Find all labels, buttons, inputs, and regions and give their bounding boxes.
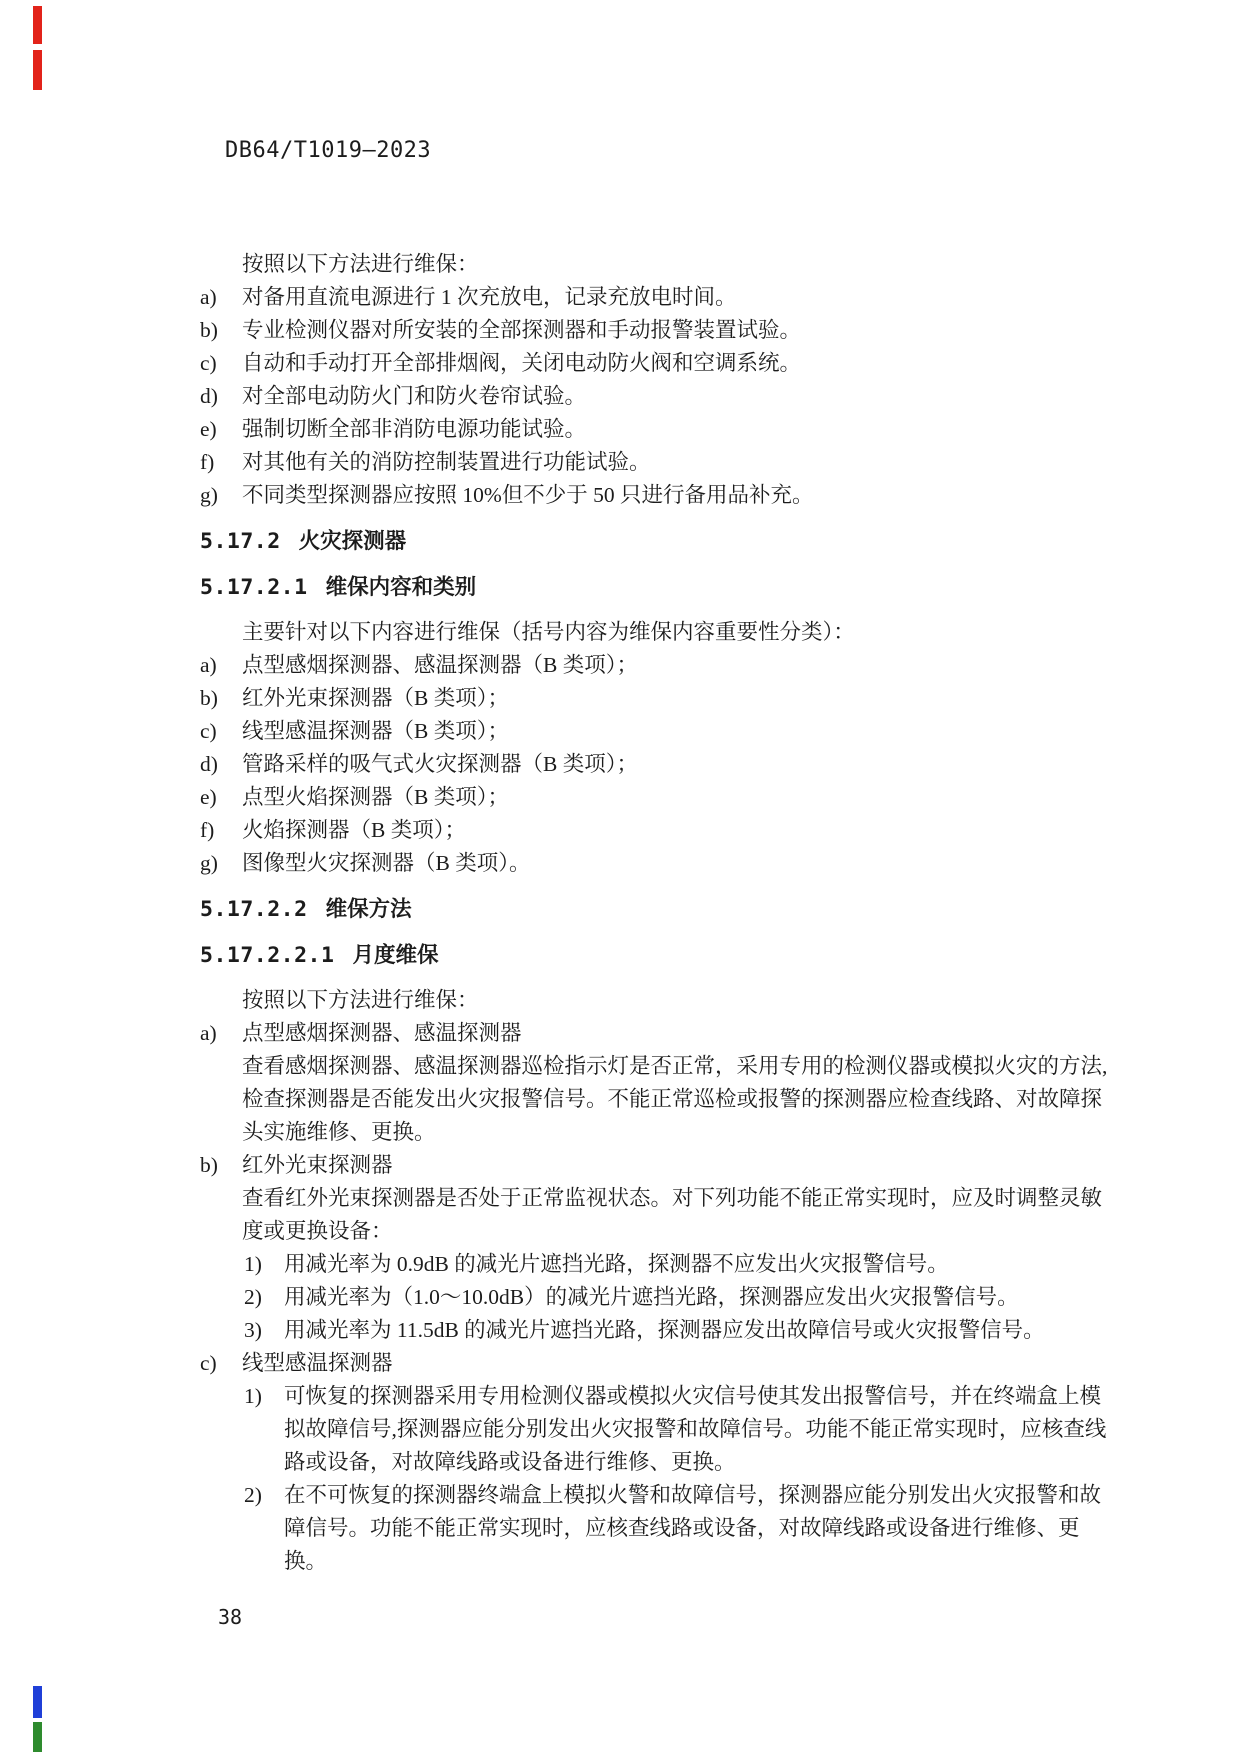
sub-list-item-label: 2) — [244, 1479, 284, 1578]
list-item-label: e) — [200, 781, 242, 814]
heading-number: 5.17.2.2 — [200, 897, 308, 922]
list-item-text: 点型感烟探测器、感温探测器（B 类项）； — [242, 649, 1120, 682]
sub-list-item-text: 用减光率为（1.0～10.0dB）的减光片遮挡光路，探测器应发出火灾报警信号。 — [284, 1281, 1120, 1314]
sub-list-item-label: 1) — [244, 1248, 284, 1281]
document-number-header: DB64/T1019—2023 — [225, 138, 431, 163]
list-item: g) 不同类型探测器应按照 10%但不少于 50 只进行备用品补充。 — [200, 479, 1120, 512]
method-intro-paragraph: 按照以下方法进行维保： — [200, 984, 1120, 1017]
list-item-text: 图像型火灾探测器（B 类项）。 — [242, 847, 1120, 880]
list-item: b) 专业检测仪器对所安装的全部探测器和手动报警装置试验。 — [200, 314, 1120, 347]
heading-number: 5.17.2 — [200, 529, 281, 554]
list-item-text: 管路采样的吸气式火灾探测器（B 类项）； — [242, 748, 1120, 781]
document-page: DB64/T1019—2023 按照以下方法进行维保： a) 对备用直流电源进行… — [0, 0, 1241, 1755]
list-item-detector-c: c) 线型感温探测器 1) 可恢复的探测器采用专用检测仪器或模拟火灾信号使其发出… — [200, 1347, 1120, 1578]
list-item-text: 对全部电动防火门和防火卷帘试验。 — [242, 380, 1120, 413]
list-item: g) 图像型火灾探测器（B 类项）。 — [200, 847, 1120, 880]
sub-list-item: 2) 在不可恢复的探测器终端盒上模拟火警和故障信号，探测器应能分别发出火灾报警和… — [244, 1479, 1120, 1578]
list-item-label: f) — [200, 446, 242, 479]
list-item-label: g) — [200, 847, 242, 880]
list-item-label: d) — [200, 380, 242, 413]
page-number: 38 — [218, 1605, 242, 1629]
list-item: b) 红外光束探测器（B 类项）； — [200, 682, 1120, 715]
sub-list-item-text: 在不可恢复的探测器终端盒上模拟火警和故障信号，探测器应能分别发出火灾报警和故障信… — [284, 1479, 1120, 1578]
list-item-title: 红外光束探测器 — [242, 1153, 393, 1177]
list-item: d) 对全部电动防火门和防火卷帘试验。 — [200, 380, 1120, 413]
sub-list-item-label: 1) — [244, 1380, 284, 1479]
sub-list-item-text: 用减光率为 11.5dB 的减光片遮挡光路，探测器应发出故障信号或火灾报警信号。 — [284, 1314, 1120, 1347]
list-item-label: c) — [200, 1347, 242, 1578]
list-item-label: g) — [200, 479, 242, 512]
sub-list-item-text: 可恢复的探测器采用专用检测仪器或模拟火灾信号使其发出报警信号，并在终端盒上模拟故… — [284, 1380, 1120, 1479]
list-item-body: 线型感温探测器 1) 可恢复的探测器采用专用检测仪器或模拟火灾信号使其发出报警信… — [242, 1347, 1120, 1578]
list-item: f) 对其他有关的消防控制装置进行功能试验。 — [200, 446, 1120, 479]
list-item-text: 红外光束探测器（B 类项）； — [242, 682, 1120, 715]
sub-list-item: 1) 可恢复的探测器采用专用检测仪器或模拟火灾信号使其发出报警信号，并在终端盒上… — [244, 1380, 1120, 1479]
heading-title: 月度维保 — [352, 943, 438, 967]
list-item-label: c) — [200, 347, 242, 380]
list-item-label: e) — [200, 413, 242, 446]
list-item-text: 强制切断全部非消防电源功能试验。 — [242, 413, 1120, 446]
registration-mark-green-bottom — [33, 1722, 42, 1752]
sub-list-item-label: 3) — [244, 1314, 284, 1347]
list-item-text: 线型感温探测器（B 类项）； — [242, 715, 1120, 748]
sub-list-item-text: 用减光率为 0.9dB 的减光片遮挡光路，探测器不应发出火灾报警信号。 — [284, 1248, 1120, 1281]
list-item-text: 点型火焰探测器（B 类项）； — [242, 781, 1120, 814]
list-item-text: 对其他有关的消防控制装置进行功能试验。 — [242, 446, 1120, 479]
sub-list-item-label: 2) — [244, 1281, 284, 1314]
list-item-title: 线型感温探测器 — [242, 1351, 393, 1375]
section-heading-5-17-2-2-1: 5.17.2.2.1月度维保 — [200, 939, 1120, 972]
list-item-body: 点型感烟探测器、感温探测器 查看感烟探测器、感温探测器巡检指示灯是否正常，采用专… — [242, 1017, 1120, 1149]
list-item-text: 对备用直流电源进行 1 次充放电，记录充放电时间。 — [242, 281, 1120, 314]
scope-paragraph: 主要针对以下内容进行维保（括号内容为维保内容重要性分类）： — [200, 616, 1120, 649]
list-item-label: c) — [200, 715, 242, 748]
heading-title: 火灾探测器 — [299, 529, 407, 553]
list-item-label: d) — [200, 748, 242, 781]
list-item-text: 查看感烟探测器、感温探测器巡检指示灯是否正常，采用专用的检测仪器或模拟火灾的方法… — [242, 1054, 1107, 1144]
list-item: f) 火焰探测器（B 类项）； — [200, 814, 1120, 847]
list-item-text: 火焰探测器（B 类项）； — [242, 814, 1120, 847]
list-item-text: 不同类型探测器应按照 10%但不少于 50 只进行备用品补充。 — [242, 479, 1120, 512]
list-item-detector-a: a) 点型感烟探测器、感温探测器 查看感烟探测器、感温探测器巡检指示灯是否正常，… — [200, 1017, 1120, 1149]
list-item-label: a) — [200, 649, 242, 682]
list-item: c) 自动和手动打开全部排烟阀，关闭电动防火阀和空调系统。 — [200, 347, 1120, 380]
list-item-text: 自动和手动打开全部排烟阀，关闭电动防火阀和空调系统。 — [242, 347, 1120, 380]
list-item-label: b) — [200, 314, 242, 347]
heading-title: 维保内容和类别 — [326, 575, 477, 599]
registration-mark-red-top-2 — [33, 50, 42, 90]
list-item-label: a) — [200, 281, 242, 314]
list-item-detector-b: b) 红外光束探测器 查看红外光束探测器是否处于正常监视状态。对下列功能不能正常… — [200, 1149, 1120, 1347]
section-heading-5-17-2-2: 5.17.2.2维保方法 — [200, 893, 1120, 926]
heading-number: 5.17.2.2.1 — [200, 943, 334, 968]
list-item: a) 点型感烟探测器、感温探测器（B 类项）； — [200, 649, 1120, 682]
list-item: e) 点型火焰探测器（B 类项）； — [200, 781, 1120, 814]
list-item-label: b) — [200, 682, 242, 715]
list-item-title: 点型感烟探测器、感温探测器 — [242, 1021, 522, 1045]
list-item-text: 查看红外光束探测器是否处于正常监视状态。对下列功能不能正常实现时，应及时调整灵敏… — [242, 1186, 1102, 1243]
section-heading-5-17-2: 5.17.2火灾探测器 — [200, 525, 1120, 558]
registration-mark-red-top-1 — [33, 6, 42, 44]
document-body: 按照以下方法进行维保： a) 对备用直流电源进行 1 次充放电，记录充放电时间。… — [200, 248, 1120, 1578]
list-item: d) 管路采样的吸气式火灾探测器（B 类项）； — [200, 748, 1120, 781]
list-item-body: 红外光束探测器 查看红外光束探测器是否处于正常监视状态。对下列功能不能正常实现时… — [242, 1149, 1120, 1347]
list-item: e) 强制切断全部非消防电源功能试验。 — [200, 413, 1120, 446]
sub-list-item: 3) 用减光率为 11.5dB 的减光片遮挡光路，探测器应发出故障信号或火灾报警… — [244, 1314, 1120, 1347]
registration-mark-blue-bottom — [33, 1686, 42, 1718]
list-item-label: a) — [200, 1017, 242, 1149]
list-item-text: 专业检测仪器对所安装的全部探测器和手动报警装置试验。 — [242, 314, 1120, 347]
list-item-label: f) — [200, 814, 242, 847]
sub-list-item: 2) 用减光率为（1.0～10.0dB）的减光片遮挡光路，探测器应发出火灾报警信… — [244, 1281, 1120, 1314]
list-item: a) 对备用直流电源进行 1 次充放电，记录充放电时间。 — [200, 281, 1120, 314]
heading-title: 维保方法 — [326, 897, 412, 921]
sub-list-item: 1) 用减光率为 0.9dB 的减光片遮挡光路，探测器不应发出火灾报警信号。 — [244, 1248, 1120, 1281]
list-item: c) 线型感温探测器（B 类项）； — [200, 715, 1120, 748]
intro-paragraph: 按照以下方法进行维保： — [200, 248, 1120, 281]
heading-number: 5.17.2.1 — [200, 575, 308, 600]
section-heading-5-17-2-1: 5.17.2.1维保内容和类别 — [200, 571, 1120, 604]
list-item-label: b) — [200, 1149, 242, 1347]
